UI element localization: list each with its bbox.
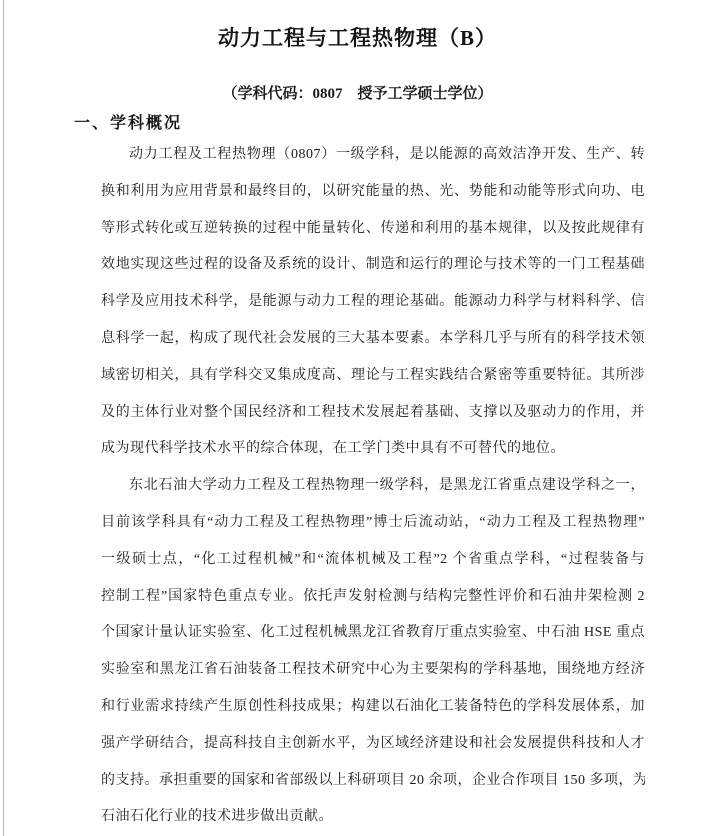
text-line: 控制工程”国家特色重点专业。依托声发射检测与结构完整性评价和石油井架检测 2	[101, 579, 645, 616]
text-line: 换和利用为应用背景和最终目的，以研究能量的热、光、势能和动能等形式向功、电	[101, 174, 645, 211]
paragraph-1: 动力工程及工程热物理（0807）一级学科，是以能源的高效洁净开发、生产、转 换和…	[101, 137, 645, 468]
text-line: 息科学一起，构成了现代社会发展的三大基本要素。本学科几乎与所有的科学技术领	[101, 321, 645, 358]
text-line: 的支持。承担重要的国家和省部级以上科研项目 20 余项，企业合作项目 150 多…	[101, 763, 645, 800]
text-line: 个国家计量认证实验室、化工过程机械黑龙江省教育厅重点实验室、中石油 HSE 重点	[101, 615, 645, 652]
text-line: 和行业需求持续产生原创性科技成果；构建以石油化工装备特色的学科发展体系，加	[101, 689, 645, 726]
text-line: 及的主体行业对整个国民经济和工程技术发展起着基础、支撑以及驱动力的作用，并	[101, 395, 645, 432]
document-body: 动力工程及工程热物理（0807）一级学科，是以能源的高效洁净开发、生产、转 换和…	[101, 137, 645, 836]
text-line: 石油石化行业的技术进步做出贡献。	[101, 799, 645, 836]
paragraph-2: 东北石油大学动力工程及工程热物理一级学科，是黑龙江省重点建设学科之一， 目前该学…	[101, 468, 645, 836]
document-page: 动力工程与工程热物理（B） （学科代码：0807 授予工学硕士学位） 一、学科概…	[0, 0, 715, 836]
text-line: 效地实现这些过程的设备及系统的设计、制造和运行的理论与技术等的一门工程基础	[101, 247, 645, 284]
text-line: 动力工程及工程热物理（0807）一级学科，是以能源的高效洁净开发、生产、转	[101, 137, 645, 174]
text-line: 目前该学科具有“动力工程及工程热物理”博士后流动站，“动力工程及工程热物理”	[101, 505, 645, 542]
text-line: 实验室和黑龙江省石油装备工程技术研究中心为主要架构的学科基地，围绕地方经济	[101, 652, 645, 689]
text-line: 等形式转化或互逆转换的过程中能量转化、传递和利用的基本规律，以及按此规律有	[101, 211, 645, 248]
page-edge-divider	[3, 0, 4, 836]
document-subtitle: （学科代码：0807 授予工学硕士学位）	[0, 82, 715, 103]
text-line: 东北石油大学动力工程及工程热物理一级学科，是黑龙江省重点建设学科之一，	[101, 468, 645, 505]
text-line: 一级硕士点，“化工过程机械”和“流体机械及工程”2 个省重点学科，“过程装备与	[101, 542, 645, 579]
text-line: 科学及应用技术科学，是能源与动力工程的理论基础。能源动力科学与材料科学、信	[101, 284, 645, 321]
document-title: 动力工程与工程热物理（B）	[0, 22, 715, 52]
text-line: 成为现代科学技术水平的综合体现，在工学门类中具有不可替代的地位。	[101, 431, 645, 468]
text-line: 强产学研结合，提高科技自主创新水平，为区域经济建设和社会发展提供科技和人才	[101, 726, 645, 763]
text-line: 域密切相关，具有学科交叉集成度高、理论与工程实践结合紧密等重要特征。其所涉	[101, 358, 645, 395]
section-heading: 一、学科概况	[74, 110, 182, 133]
